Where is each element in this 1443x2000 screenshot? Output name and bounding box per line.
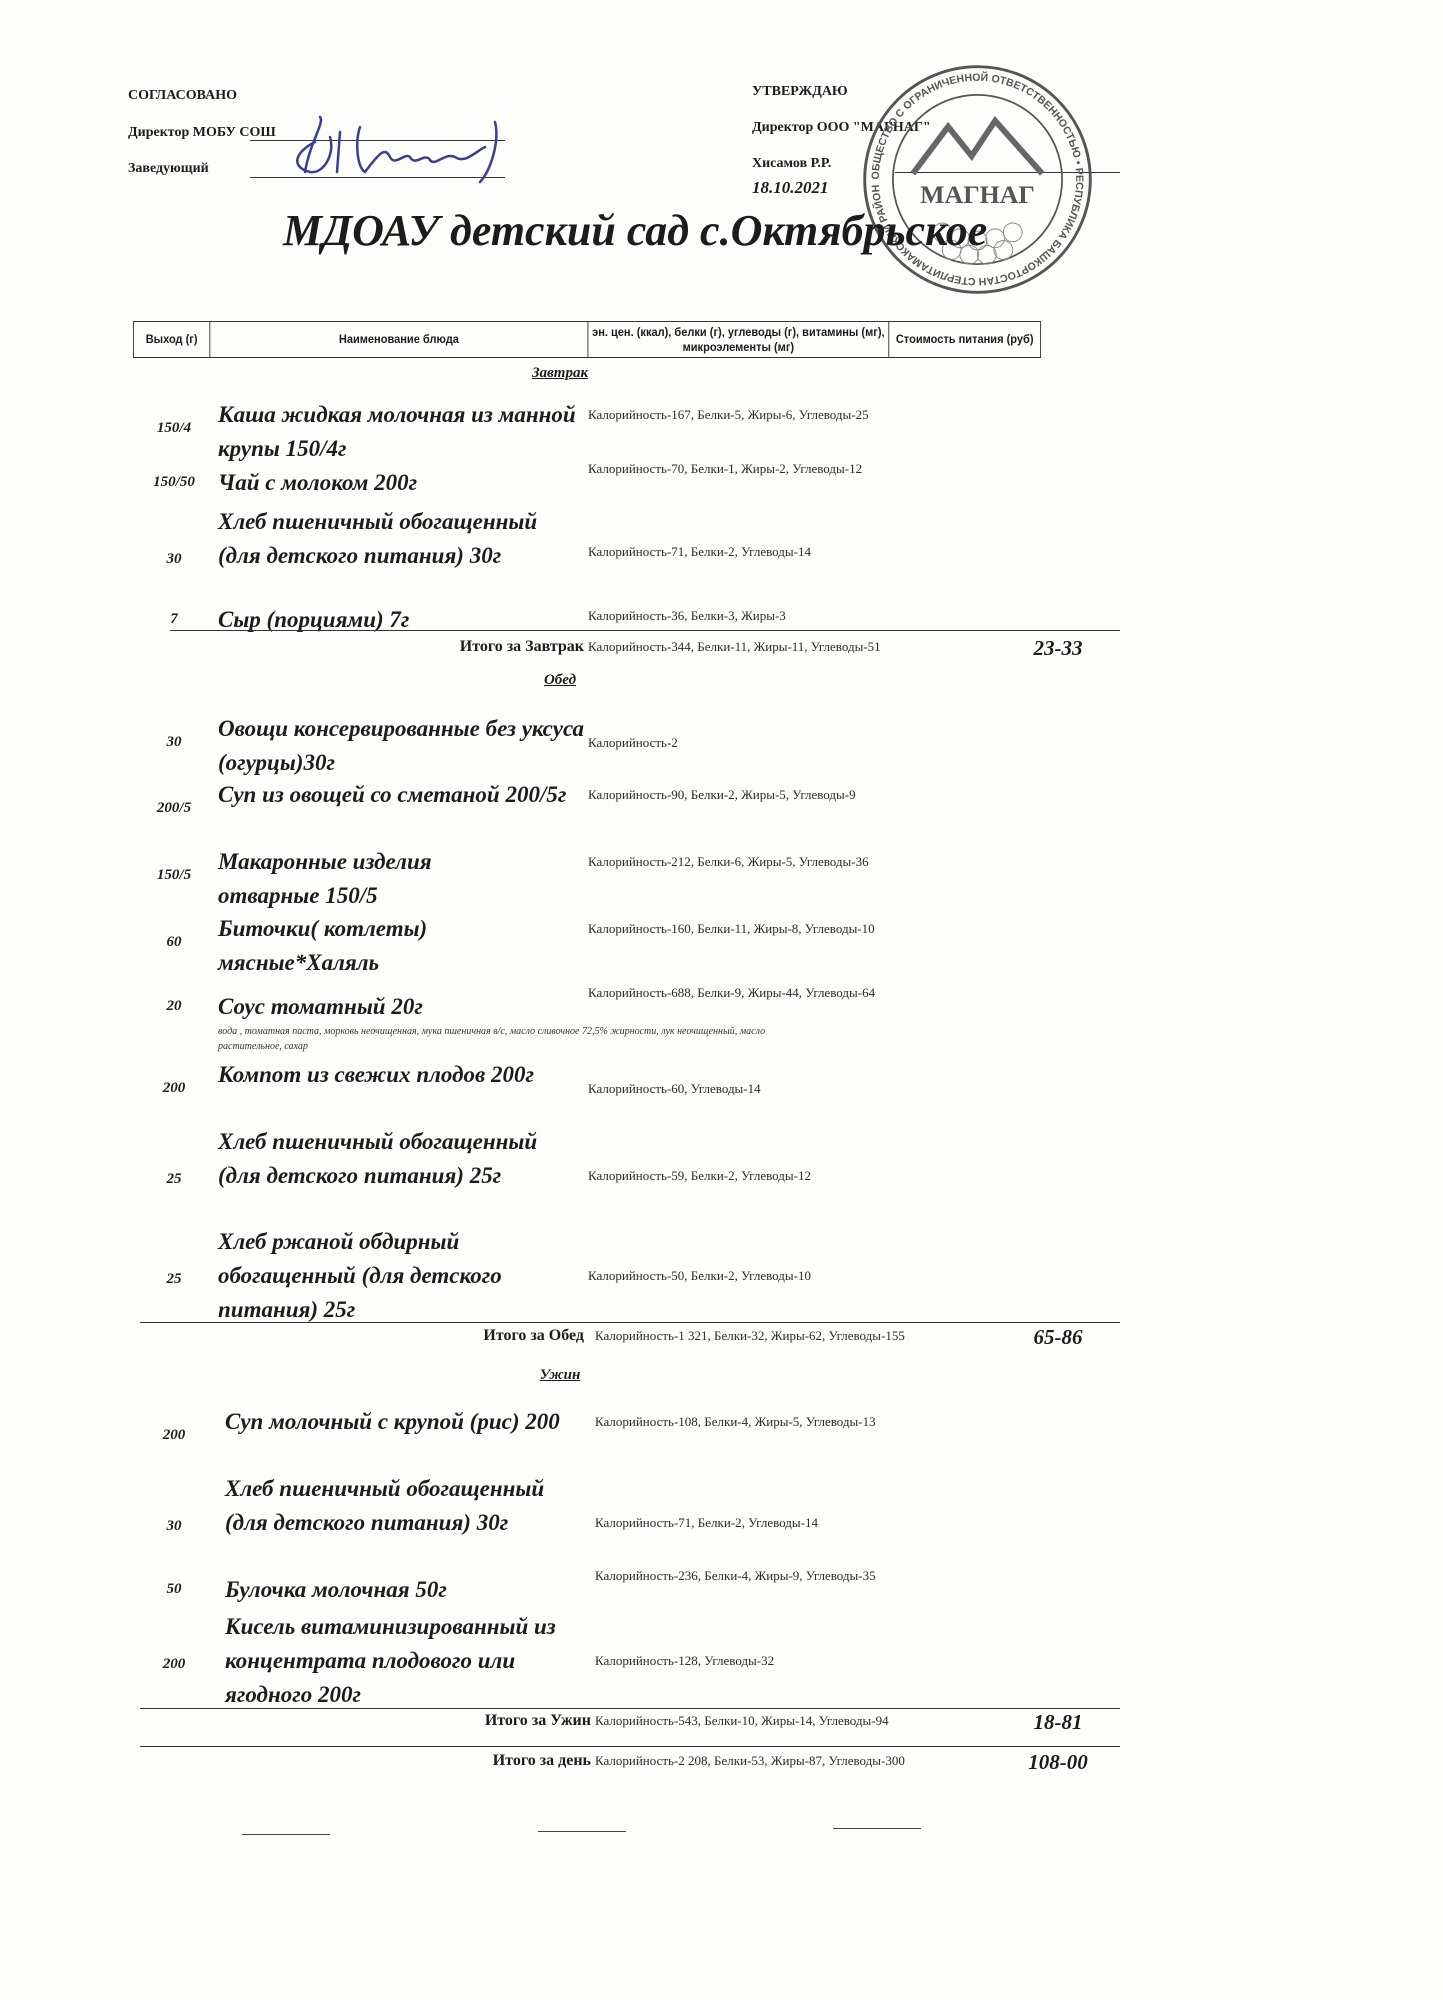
row-nutrition: Калорийность-90, Белки-2, Жиры-5, Углево… bbox=[588, 786, 898, 804]
day-total-nutrition: Калорийность-2 208, Белки-53, Жиры-87, У… bbox=[595, 1752, 905, 1770]
row-yield: 30 bbox=[133, 1518, 215, 1535]
row-dish-name: Суп молочный с крупой (рис) 200 bbox=[225, 1405, 615, 1439]
row-nutrition: Калорийность-36, Белки-3, Жиры-3 bbox=[588, 607, 898, 625]
day-total-cost: 108-00 bbox=[1003, 1750, 1113, 1775]
divider bbox=[170, 630, 1120, 631]
day-total-label: Итого за день bbox=[493, 1752, 591, 1770]
row-ingredients-note: вода , томатная паста, морковь неочищенн… bbox=[218, 1024, 818, 1054]
row-nutrition: Калорийность-108, Белки-4, Жиры-5, Углев… bbox=[595, 1413, 905, 1431]
divider bbox=[140, 1322, 1120, 1323]
divider bbox=[140, 1708, 1120, 1709]
row-nutrition: Калорийность-71, Белки-2, Углеводы-14 bbox=[588, 543, 898, 561]
table-header: Выход (г) Наименование блюда эн. цен. (к… bbox=[133, 321, 1041, 358]
row-yield: 25 bbox=[133, 1271, 215, 1288]
total-nutrition: Калорийность-344, Белки-11, Жиры-11, Угл… bbox=[588, 638, 898, 656]
approve-name: Хисамов Р.Р. bbox=[752, 156, 831, 172]
row-nutrition: Калорийность-71, Белки-2, Углеводы-14 bbox=[595, 1514, 905, 1532]
company-stamp-icon: ОБЩЕСТВО С ОГРАНИЧЕННОЙ ОТВЕТСТВЕННОСТЬЮ… bbox=[860, 62, 1095, 297]
row-yield: 150/50 bbox=[133, 474, 215, 491]
section-title-breakfast: Завтрак bbox=[460, 365, 660, 382]
row-dish-name: Кисель витаминизированный из концентрата… bbox=[225, 1610, 605, 1712]
row-dish-name: Овощи консервированные без уксуса (огурц… bbox=[218, 712, 608, 780]
row-nutrition: Калорийность-59, Белки-2, Углеводы-12 bbox=[588, 1167, 898, 1185]
row-yield: 150/4 bbox=[133, 420, 215, 437]
divider bbox=[140, 1746, 1120, 1747]
row-nutrition: Калорийность-212, Белки-6, Жиры-5, Углев… bbox=[588, 853, 898, 871]
section-title-lunch: Обед bbox=[460, 672, 660, 689]
row-nutrition: Калорийность-70, Белки-1, Жиры-2, Углево… bbox=[588, 460, 898, 478]
row-yield: 25 bbox=[133, 1171, 215, 1188]
row-yield: 150/5 bbox=[133, 867, 215, 884]
row-dish-name: Компот из свежих плодов 200г bbox=[218, 1058, 548, 1092]
row-yield: 50 bbox=[133, 1581, 215, 1598]
total-nutrition: Калорийность-1 321, Белки-32, Жиры-62, У… bbox=[595, 1327, 905, 1345]
footer-signature-line bbox=[538, 1831, 626, 1832]
row-nutrition: Калорийность-236, Белки-4, Жиры-9, Углев… bbox=[595, 1567, 905, 1585]
total-nutrition: Калорийность-543, Белки-10, Жиры-14, Угл… bbox=[595, 1712, 905, 1730]
column-header-nutrition: эн. цен. (ккал), белки (г), углеводы (г)… bbox=[588, 322, 889, 357]
row-yield: 30 bbox=[133, 551, 215, 568]
row-dish-name: Хлеб ржаной обдирный обогащенный (для де… bbox=[218, 1225, 578, 1327]
total-cost: 18-81 bbox=[1003, 1710, 1113, 1735]
total-label: Итого за Ужин bbox=[485, 1712, 591, 1730]
row-dish-name: Макаронные изделия отварные 150/5 bbox=[218, 845, 518, 913]
total-cost: 23-33 bbox=[1003, 636, 1113, 661]
section-title-dinner: Ужин bbox=[460, 1367, 660, 1384]
total-label: Итого за Завтрак bbox=[460, 638, 584, 656]
row-yield: 20 bbox=[133, 998, 215, 1015]
footer-signature-line bbox=[242, 1834, 330, 1835]
row-nutrition: Калорийность-128, Углеводы-32 bbox=[595, 1652, 905, 1670]
page-title: МДОАУ детский сад с.Октябрьское bbox=[283, 205, 987, 256]
agreed-title: СОГЛАСОВАНО bbox=[128, 88, 237, 104]
row-yield: 60 bbox=[133, 934, 215, 951]
footer-signature-line bbox=[833, 1828, 921, 1829]
total-cost: 65-86 bbox=[1003, 1325, 1113, 1350]
row-dish-name: Хлеб пшеничный обогащенный (для детского… bbox=[218, 1125, 578, 1193]
row-dish-name: Сыр (порциями) 7г bbox=[218, 603, 608, 637]
row-dish-name: Хлеб пшеничный обогащенный (для детского… bbox=[218, 505, 578, 573]
row-dish-name: Биточки( котлеты) мясные*Халяль bbox=[218, 912, 518, 980]
agreed-head-label: Заведующий bbox=[128, 161, 209, 177]
row-yield: 200 bbox=[133, 1080, 215, 1097]
row-dish-name: Чай с молоком 200г bbox=[218, 466, 608, 500]
row-dish-name: Соус томатный 20г bbox=[218, 990, 608, 1024]
row-nutrition: Калорийность-160, Белки-11, Жиры-8, Угле… bbox=[588, 920, 898, 938]
row-dish-name: Каша жидкая молочная из манной крупы 150… bbox=[218, 398, 608, 466]
column-header-name: Наименование блюда bbox=[210, 322, 588, 357]
row-dish-name: Булочка молочная 50г bbox=[225, 1573, 615, 1607]
row-nutrition: Калорийность-2 bbox=[588, 734, 898, 752]
column-header-cost: Стоимость питания (руб) bbox=[889, 322, 1040, 357]
approve-title: УТВЕРЖДАЮ bbox=[752, 84, 848, 100]
row-yield: 200 bbox=[133, 1656, 215, 1673]
signature-icon bbox=[285, 112, 515, 192]
row-yield: 200 bbox=[133, 1427, 215, 1444]
column-header-yield: Выход (г) bbox=[134, 322, 210, 357]
approve-date: 18.10.2021 bbox=[752, 178, 829, 198]
row-nutrition: Калорийность-50, Белки-2, Углеводы-10 bbox=[588, 1267, 898, 1285]
row-yield: 200/5 bbox=[133, 800, 215, 817]
row-yield: 7 bbox=[133, 611, 215, 628]
row-nutrition: Калорийность-60, Углеводы-14 bbox=[588, 1080, 898, 1098]
row-dish-name: Хлеб пшеничный обогащенный (для детского… bbox=[225, 1472, 585, 1540]
row-dish-name: Суп из овощей со сметаной 200/5г bbox=[218, 778, 608, 812]
row-nutrition: Калорийность-167, Белки-5, Жиры-6, Углев… bbox=[588, 406, 898, 424]
agreed-director-label: Директор МОБУ СОШ bbox=[128, 125, 276, 141]
row-yield: 30 bbox=[133, 734, 215, 751]
row-nutrition: Калорийность-688, Белки-9, Жиры-44, Угле… bbox=[588, 984, 898, 1002]
total-label: Итого за Обед bbox=[483, 1327, 584, 1345]
